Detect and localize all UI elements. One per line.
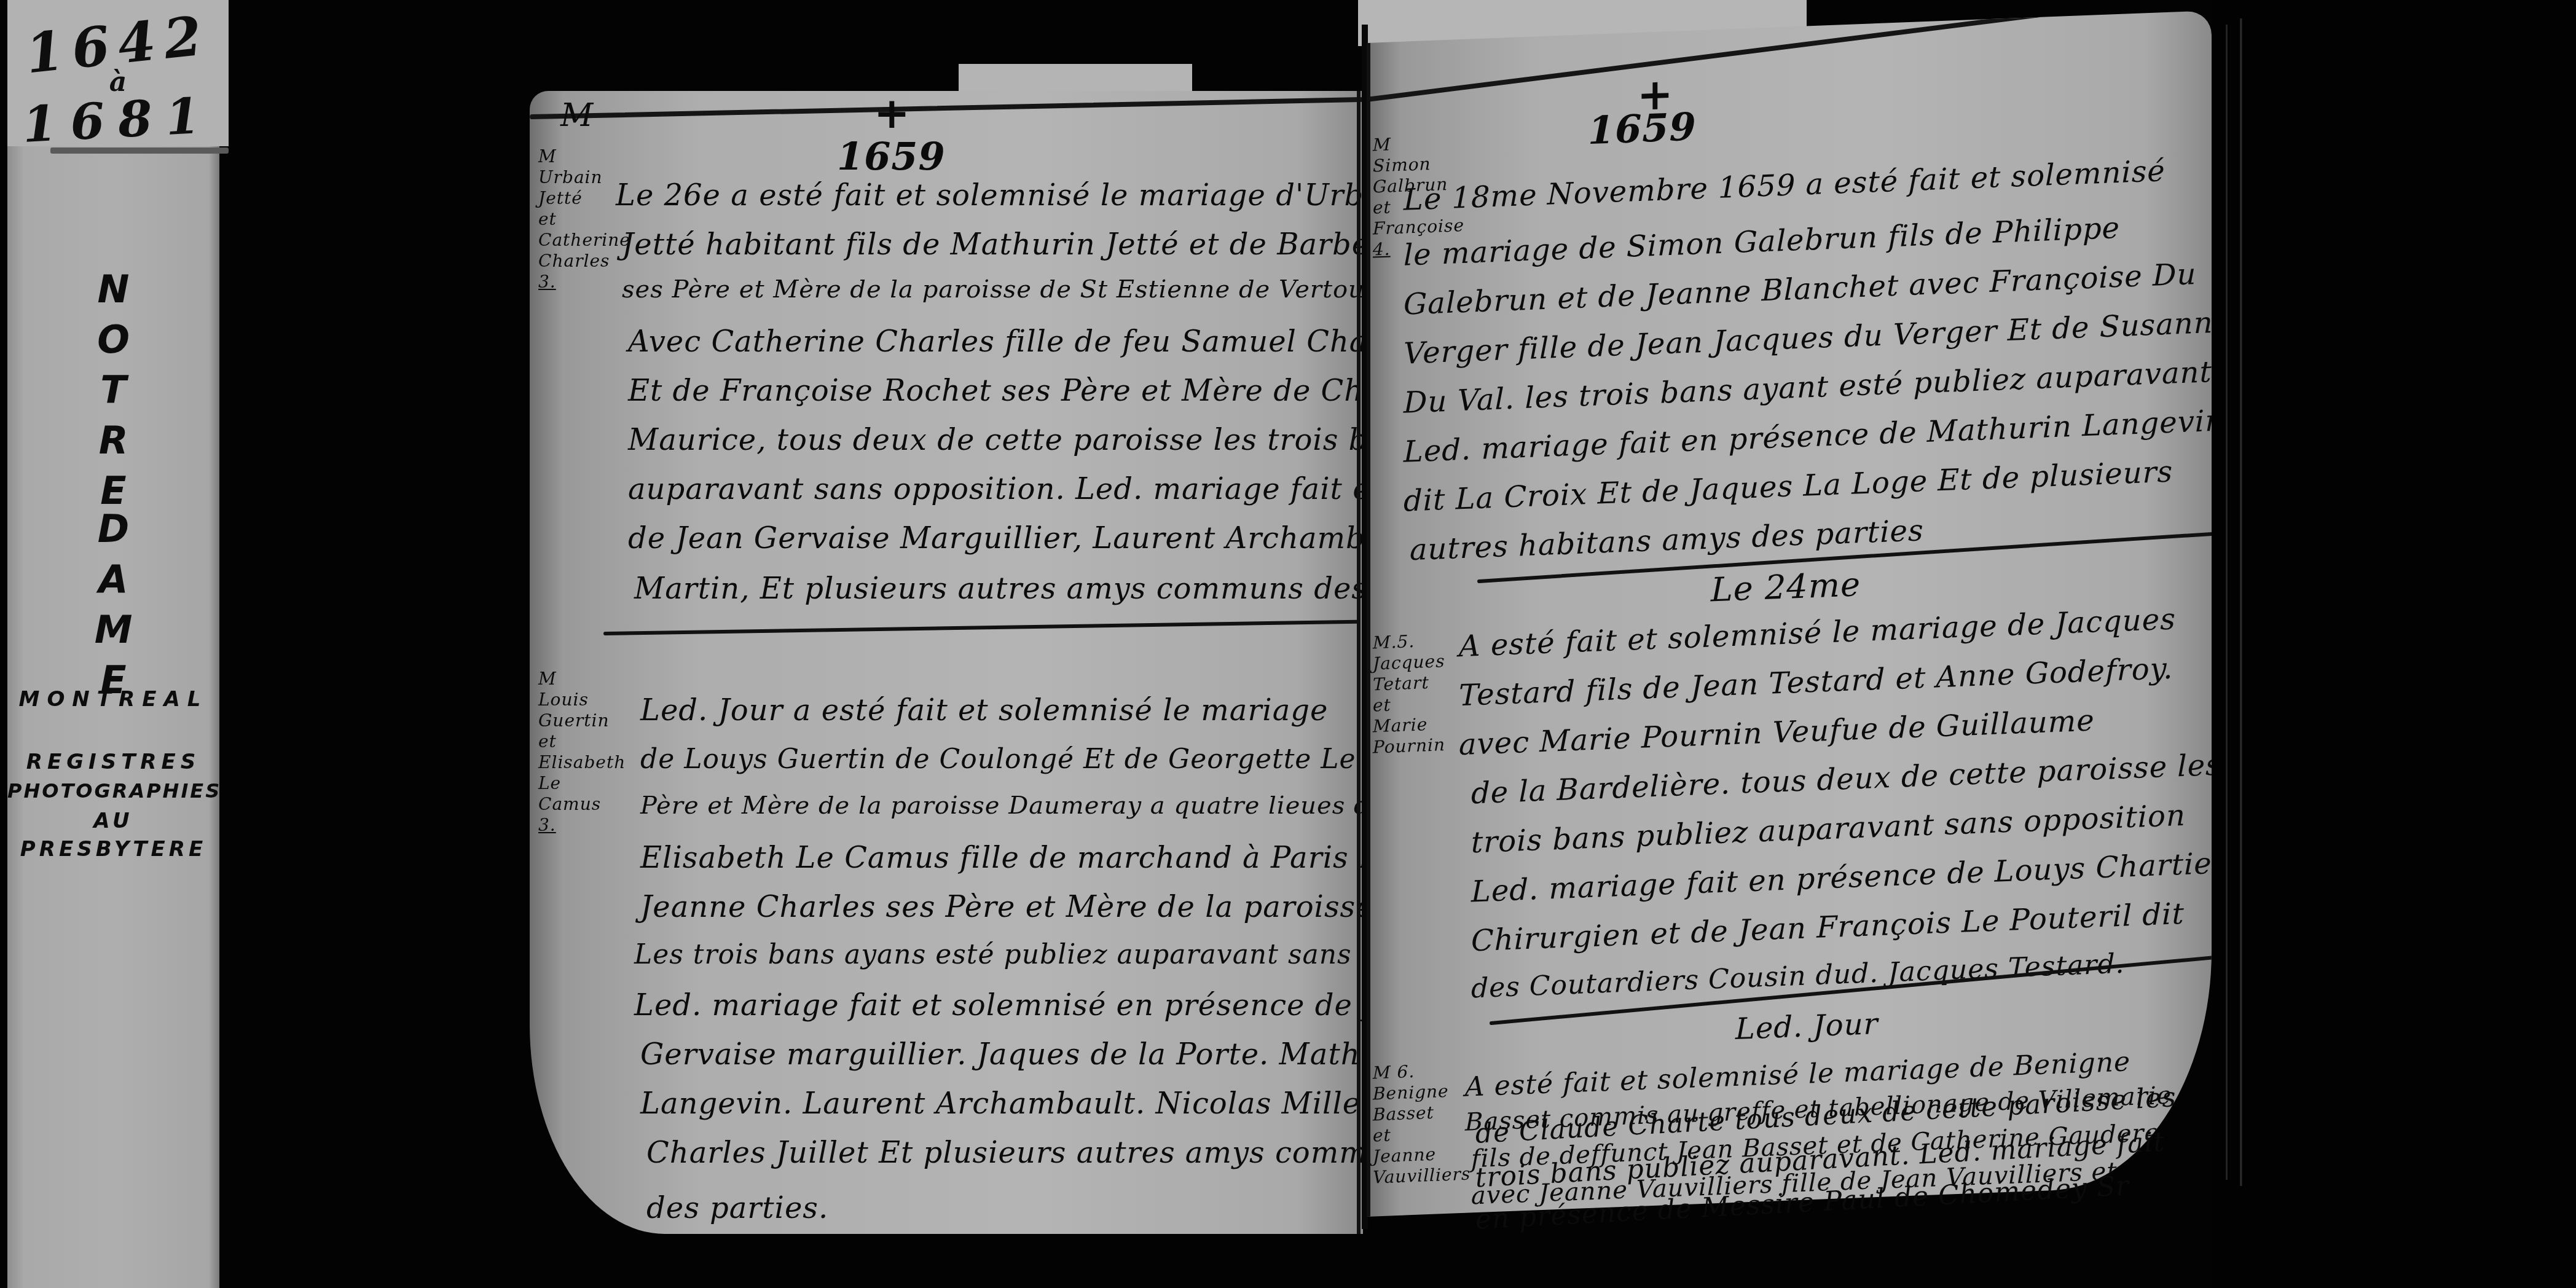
- note-line-3: AU: [7, 809, 219, 833]
- bride-name: Elisabeth Le Camus: [538, 752, 624, 815]
- bride-name: Marie Pournin: [1373, 713, 1459, 758]
- page-top-edge: [530, 97, 1363, 119]
- film-scratch: [2240, 18, 2242, 1186]
- conjunction: et: [1373, 692, 1459, 716]
- entry-5-margin: M.5. Jacques Tetart et Marie Pournin: [1373, 629, 1459, 758]
- register-left-page: M + 1659 M Urbain Jetté et Catherine Cha…: [530, 91, 1363, 1234]
- entry-number: 3.: [538, 272, 624, 293]
- letter: T: [7, 365, 219, 415]
- city-label: MONTREAL: [7, 687, 219, 712]
- entry-2-line-6: Les trois bans ayans esté publiez aupara…: [634, 939, 1363, 970]
- bride-name: Françoise: [1373, 215, 1459, 239]
- date-range-box: 1642 à 1681: [7, 0, 229, 146]
- entry-5-line-7: Chirurgien et de Jean François Le Pouter…: [1471, 897, 2185, 959]
- entry-1-line-3: ses Père et Mère de la paroisse de St Es…: [622, 275, 1363, 304]
- entry-number: M 6.: [1373, 1059, 1459, 1083]
- entry-2-line-1: Led. Jour a esté fait et solemnisé le ma…: [640, 693, 1328, 728]
- groom-name: Louis Guertin: [538, 689, 624, 731]
- entry-separator: [603, 620, 1359, 635]
- entry-1-line-2: Jetté habitant fils de Mathurin Jetté et…: [622, 227, 1363, 262]
- entry-2-margin: M Louis Guertin et Elisabeth Le Camus 3.: [538, 583, 624, 836]
- parish-word-notre: N O T R E: [7, 264, 219, 516]
- groom-name: Urbain Jetté: [538, 167, 624, 209]
- entry-1-line-4: Avec Catherine Charles fille de feu Samu…: [628, 324, 1363, 359]
- entry-1-line-8: de Jean Gervaise Marguillier, Laurent Ar…: [628, 521, 1363, 556]
- margin-mark: M: [538, 146, 624, 167]
- entry-2-line-11: des parties.: [646, 1191, 828, 1225]
- letter: M: [7, 605, 219, 655]
- groom-name: Jacques Tetart: [1373, 650, 1459, 695]
- entry-5-date-heading: Le 24me: [1711, 565, 1861, 609]
- entry-2-line-9: Langevin. Laurent Archambault. Nicolas M…: [640, 1086, 1363, 1121]
- entry-6-margin: M 6. Benigne Basset et Jeanne Vauvillier…: [1373, 1059, 1459, 1188]
- date-end: 1681: [6, 85, 230, 155]
- entry-1-margin: M Urbain Jetté et Catherine Charles 3.: [538, 146, 624, 293]
- entry-1-line-9: Martin, Et plusieurs autres amys communs…: [634, 571, 1363, 606]
- film-background-right: [2212, 0, 2576, 1288]
- top-margin-mark: M: [560, 97, 594, 134]
- entry-number: M.5.: [1373, 629, 1459, 653]
- letter: D: [7, 504, 219, 554]
- conjunction: et: [1373, 1122, 1459, 1146]
- entry-1-line-6: Maurice, tous deux de cette paroisse les…: [628, 423, 1363, 457]
- entry-2-line-7: Led. mariage fait et solemnisé en présen…: [634, 988, 1363, 1023]
- conjunction: et: [538, 209, 624, 230]
- header-cross: +: [874, 91, 911, 138]
- entry-2-line-4: Elisabeth Le Camus fille de marchand à P…: [640, 841, 1363, 875]
- letter: A: [7, 554, 219, 605]
- entry-5-line-2: Testard fils de Jean Testard et Anne God…: [1459, 651, 2173, 713]
- entry-6-date-heading: Led. Jour: [1735, 1007, 1879, 1046]
- entry-number: 3.: [538, 815, 624, 836]
- entry-4-line-1: Le 18me Novembre 1659 a esté fait et sol…: [1404, 154, 2166, 218]
- bride-name: Jeanne Vauvilliers: [1373, 1143, 1459, 1188]
- entry-5-line-5: trois bans publiez auparavant sans oppos…: [1471, 798, 2186, 860]
- conjunction: et: [538, 731, 624, 752]
- margin-mark: M: [1373, 132, 1459, 155]
- note-line-2: PHOTOGRAPHIES: [7, 779, 219, 803]
- margin-mark: M: [538, 669, 624, 689]
- entry-5-line-3: avec Marie Pournin Veufue de Guillaume: [1459, 703, 2095, 762]
- letter: O: [7, 315, 219, 365]
- note-line-4: PRESBYTERE: [7, 837, 219, 862]
- letter: N: [7, 264, 219, 315]
- page-margin-rule: [1367, 43, 1370, 1217]
- parish-word-dame: D A M E: [7, 504, 219, 705]
- groom-name: Benigne Basset: [1373, 1080, 1459, 1125]
- entry-2-line-3: Père et Mère de la paroisse Daumeray a q…: [640, 791, 1363, 820]
- entry-1-line-5: Et de Françoise Rochet ses Père et Mère …: [628, 374, 1363, 408]
- page-margin-rule: [1357, 91, 1361, 1234]
- entry-1-line-1: Le 26e a esté fait et solemnisé le maria…: [616, 178, 1363, 213]
- entry-2-line-8: Gervaise marguillier. Jaques de la Porte…: [640, 1037, 1363, 1072]
- year-header: 1659: [1588, 104, 1697, 153]
- archive-label-card: 1642 à 1681 N O T R E D A M E MONTREAL R…: [7, 0, 219, 1288]
- entry-2-line-5: Jeanne Charles ses Père et Mère de la pa…: [640, 890, 1363, 924]
- register-right-page: + 1659 M Simon Galbrun et Françoise 4. L…: [1367, 10, 2212, 1217]
- year-header: 1659: [837, 134, 946, 179]
- film-scratch: [2226, 25, 2228, 1180]
- entry-2-line-10: Charles Juillet Et plusieurs autres amys…: [646, 1136, 1363, 1170]
- note-line-1: REGISTRES: [7, 750, 219, 774]
- entry-2-line-2: de Louys Guertin de Coulongé Et de Georg…: [640, 744, 1363, 775]
- page-edge-strip-left: [959, 64, 1192, 92]
- label-divider: [50, 147, 229, 154]
- entry-1-line-7: auparavant sans opposition. Led. mariage…: [628, 472, 1363, 506]
- entry-4-line-2: le mariage de Simon Galebrun fils de Phi…: [1404, 211, 2120, 273]
- letter: R: [7, 415, 219, 466]
- bride-name: Catherine Charles: [538, 230, 624, 272]
